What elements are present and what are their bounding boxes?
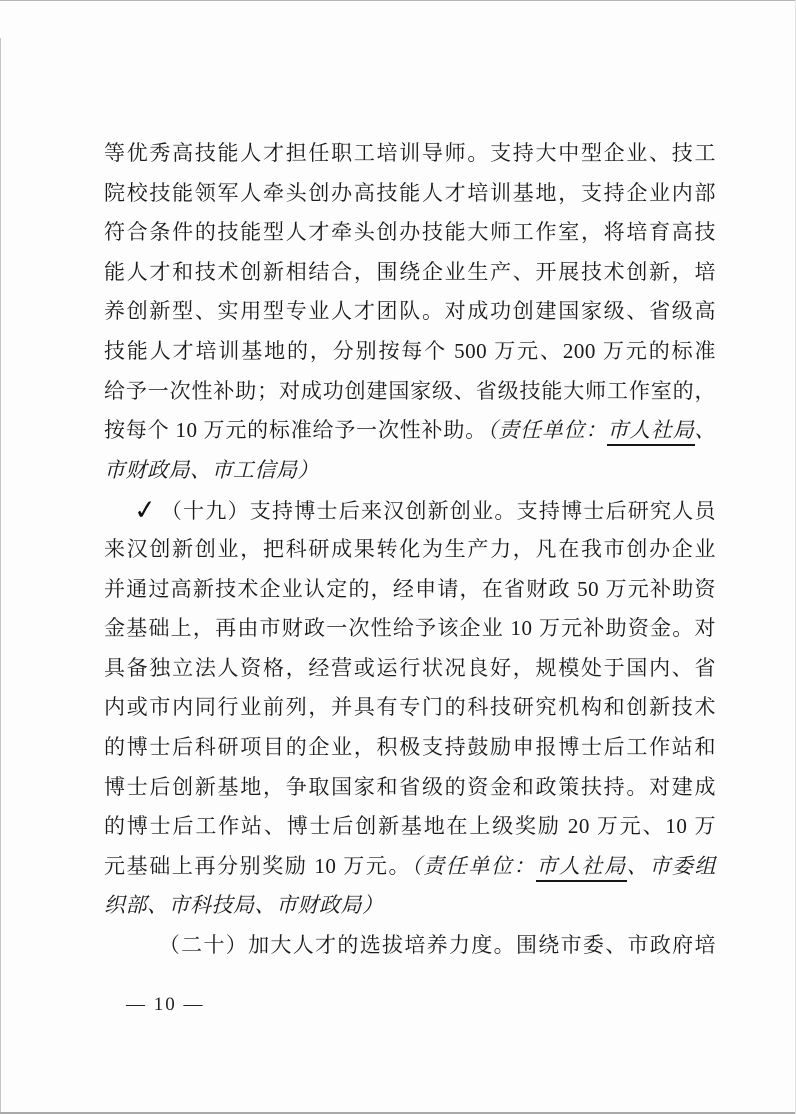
text-line: 具备独立法人资格，经营或运行状况良好，规模处于国内、省 — [104, 649, 716, 689]
text-line: 来汉创新创业，把科研成果转化为生产力，凡在我市创办企业 — [104, 530, 716, 570]
text-segment: 内或市内同行业前列，并具有专门的科技研究机构和创新技术 — [104, 695, 716, 719]
text-segment: 养创新型、实用型专业人才团队。对成功创建国家级、省级高 — [104, 299, 716, 323]
text-segment: 市财政局、市工信局） — [104, 458, 319, 482]
text-segment: （责任单位： — [411, 854, 536, 878]
text-line: 按每个 10 万元的标准给予一次性补助。（责任单位：市人社局、 — [104, 411, 716, 451]
text-segment: （十九）支持博士后来汉创新创业。 — [160, 499, 517, 523]
text-segment: 院校技能领军人牵头创办高技能人才培训基地，支持企业内部 — [104, 181, 716, 205]
text-line: 并通过高新技术企业认定的，经申请，在省财政 50 万元补助资 — [104, 570, 716, 610]
text-line: 给予一次性补助；对成功创建国家级、省级技能大师工作室的， — [104, 372, 716, 412]
text-line: 技能人才培训基地的，分别按每个 500 万元、200 万元的标准 — [104, 332, 716, 372]
text-segment: 的博士后工作站、博士后创新基地在上级奖励 20 万元、10 万 — [104, 814, 716, 838]
text-segment: 能人才和技术创新相结合，围绕企业生产、开展技术创新，培 — [104, 260, 716, 284]
text-line: 织部、市科技局、市财政局） — [104, 886, 716, 926]
text-segment: 博士后创新基地，争取国家和省级的资金和政策扶持。对建成 — [104, 775, 716, 799]
text-line: 的博士后工作站、博士后创新基地在上级奖励 20 万元、10 万 — [104, 807, 716, 847]
text-segment: 、 — [695, 418, 717, 442]
text-segment: 金基础上，再由市财政一次性给予该企业 10 万元补助资金。对 — [104, 616, 716, 640]
text-line: 院校技能领军人牵头创办高技能人才培训基地，支持企业内部 — [104, 174, 716, 214]
text-line: 元基础上再分别奖励 10 万元。（责任单位：市人社局、市委组 — [104, 847, 716, 887]
text-segment: 具备独立法人资格，经营或运行状况良好，规模处于国内、省 — [104, 656, 716, 680]
handwritten-checkmark-icon: ✓ — [132, 490, 159, 532]
text-line: 符合条件的技能型人才牵头创办技能大师工作室，将培育高技 — [104, 213, 716, 253]
responsible-unit-underlined: 市人社局 — [536, 854, 626, 882]
text-line: 金基础上，再由市财政一次性给予该企业 10 万元补助资金。对 — [104, 609, 716, 649]
text-line: （二十）加大人才的选拔培养力度。围绕市委、市政府培 — [104, 926, 716, 966]
text-segment: （责任单位： — [487, 418, 607, 442]
text-segment: 元基础上再分别奖励 10 万元。 — [104, 854, 411, 878]
text-segment: 等优秀高技能人才担任职工培训导师。支持大中型企业、技工 — [104, 141, 716, 165]
page-number: — 10 — — [126, 994, 205, 1016]
document-page: 等优秀高技能人才担任职工培训导师。支持大中型企业、技工院校技能领军人牵头创办高技… — [0, 0, 796, 1114]
responsible-unit-underlined: 市人社局 — [607, 418, 694, 446]
text-segment: （二十）加大人才的选拔培养力度。围绕市委、市政府培 — [158, 933, 716, 957]
text-segment: 技能人才培训基地的，分别按每个 500 万元、200 万元的标准 — [104, 339, 716, 363]
text-segment: 给予一次性补助；对成功创建国家级、省级技能大师工作室的， — [104, 379, 716, 403]
text-line: ✓（十九）支持博士后来汉创新创业。支持博士后研究人员 — [104, 490, 716, 530]
text-line: 博士后创新基地，争取国家和省级的资金和政策扶持。对建成 — [104, 768, 716, 808]
text-block: 等优秀高技能人才担任职工培训导师。支持大中型企业、技工院校技能领军人牵头创办高技… — [104, 134, 716, 965]
text-line: 能人才和技术创新相结合，围绕企业生产、开展技术创新，培 — [104, 253, 716, 293]
paragraph-indent — [104, 517, 134, 518]
text-line: 养创新型、实用型专业人才团队。对成功创建国家级、省级高 — [104, 292, 716, 332]
scan-edge-left — [0, 38, 1, 1114]
scan-edge-top — [0, 0, 796, 1]
text-segment: 符合条件的技能型人才牵头创办技能大师工作室，将培育高技 — [104, 220, 716, 244]
text-segment: 的博士后科研项目的企业，积极支持鼓励申报博士后工作站和 — [104, 735, 716, 759]
text-segment: 织部、市科技局、市财政局） — [104, 893, 384, 917]
paragraph-indent — [104, 951, 158, 952]
text-segment: 并通过高新技术企业认定的，经申请，在省财政 50 万元补助资 — [104, 577, 716, 601]
text-segment: 、市委组 — [627, 854, 716, 878]
text-line: 的博士后科研项目的企业，积极支持鼓励申报博士后工作站和 — [104, 728, 716, 768]
text-line: 内或市内同行业前列，并具有专门的科技研究机构和创新技术 — [104, 688, 716, 728]
text-segment: 支持博士后研究人员 — [517, 499, 716, 523]
text-segment: 来汉创新创业，把科研成果转化为生产力，凡在我市创办企业 — [104, 537, 716, 561]
text-line: 等优秀高技能人才担任职工培训导师。支持大中型企业、技工 — [104, 134, 716, 174]
text-line: 市财政局、市工信局） — [104, 451, 716, 491]
text-segment: 按每个 10 万元的标准给予一次性补助。 — [104, 418, 487, 442]
